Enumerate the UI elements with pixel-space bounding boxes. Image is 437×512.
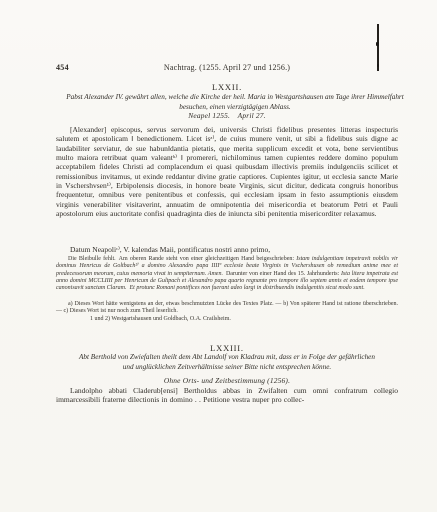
section-number-lxxii: LXXII. [56, 82, 398, 92]
place-identification-note: 1 und 2) Westgartshausen und Goldbach, O… [56, 316, 432, 322]
charter-text-lxxii: [Alexander] episcopus, servus servorum d… [56, 125, 398, 218]
regest-lxxiii: Abt Berthold von Zwiefalten theilt dem A… [56, 353, 398, 372]
apparatus-german-intro: Die Bleibulle fehlt. Am oberen Rande ste… [68, 256, 296, 262]
critical-text-notes: a) Dieses Wort hätte wenigstens an der, … [56, 301, 398, 316]
apparatus-note-lxxii: Die Bleibulle fehlt. Am oberen Rande ste… [56, 256, 398, 293]
scan-artifact-blob [377, 64, 380, 67]
section-number-lxxiii: LXXIII. [56, 343, 398, 353]
scanned-book-page: 454 Nachtrag. (1255. April 27 und 1256.)… [0, 0, 437, 512]
page-header: 454 Nachtrag. (1255. April 27 und 1256.) [56, 63, 398, 75]
regest-lxxii: Pabst Alexander IV. gewährt allen, welch… [56, 93, 414, 112]
page-number: 454 [56, 63, 69, 72]
dateline-lxxii: Neapel 1255. April 27. [56, 111, 398, 120]
datum-line-lxxii: Datum Neapoliᶜ⁾, V. kalendas Maii, ponti… [56, 245, 398, 254]
scan-artifact-blob [376, 42, 379, 46]
dateline-lxxiii: Ohne Orts- und Zeitbestimmung (1256). [56, 376, 398, 385]
apparatus-german-middle: Darunter von einer Hand des 15. Jahrhund… [223, 271, 341, 277]
scan-artifact-line [377, 24, 379, 71]
charter-text-lxxiii: Landolpho abbati Claderub[ensi] Berthold… [56, 386, 398, 405]
running-header: Nachtrag. (1255. April 27 und 1256.) [56, 63, 398, 72]
